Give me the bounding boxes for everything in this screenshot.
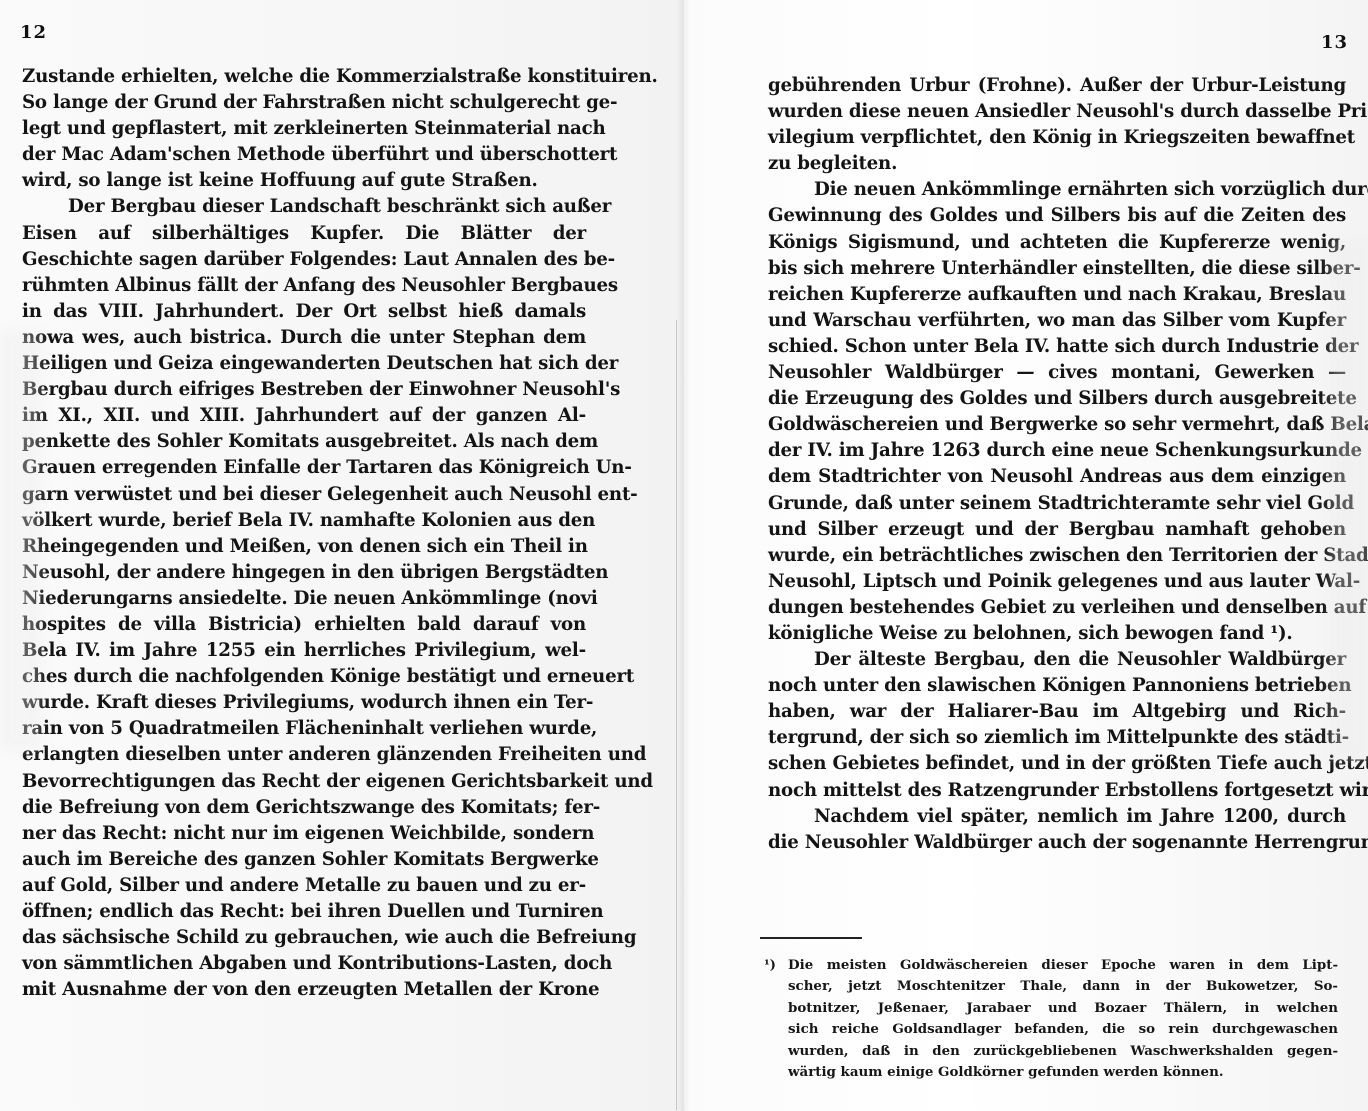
text-line: bis sich mehrere Unterhändler einstellte… <box>768 256 1346 282</box>
text-line: öffnen; endlich das Recht: bei ihren Due… <box>22 899 586 925</box>
text-line: königliche Weise zu belohnen, sich bewog… <box>768 621 1346 647</box>
text-line: dungen bestehendes Gebiet zu verleihen u… <box>768 595 1346 621</box>
footnote-line: sich reiche Goldsandlager befanden, die … <box>788 1019 1338 1040</box>
text-line: noch unter den slawischen Königen Pannon… <box>768 673 1346 699</box>
text-line: Geschichte sagen darüber Folgendes: Laut… <box>22 247 586 273</box>
text-line: wurde. Kraft dieses Privilegiums, wodurc… <box>22 690 586 716</box>
text-line: Rheingegenden und Meißen, von denen sich… <box>22 534 586 560</box>
footnote: ¹) Die meisten Goldwäschereien dieser Ep… <box>788 955 1338 1083</box>
page-number-left: 12 <box>20 22 47 43</box>
page-edge-line <box>676 320 677 1110</box>
text-line: Niederungarns ansiedelte. Die neuen Ankö… <box>22 586 586 612</box>
text-line: hospites de villa Bistricia) erhielten b… <box>22 612 586 638</box>
text-line: wird, so lange ist keine Hoffuung auf gu… <box>22 168 586 194</box>
footnote-line: botnitzer, Jeßenaer, Jarabaer und Bozaer… <box>788 998 1338 1019</box>
text-line: im XI., XII. und XIII. Jahrhundert auf d… <box>22 403 586 429</box>
text-line: auch im Bereiche des ganzen Sohler Komit… <box>22 847 586 873</box>
text-line: die Erzeugung des Goldes und Silbers dur… <box>768 386 1346 412</box>
text-line: dem Stadtrichter von Neusohl Andreas aus… <box>768 464 1346 490</box>
footnote-marker: ¹) <box>764 955 776 976</box>
text-line: zu begleiten. <box>768 151 1346 177</box>
text-line: reichen Kupfererze aufkauften und nach K… <box>768 282 1346 308</box>
text-line: Grauen erregenden Einfalle der Tartaren … <box>22 455 586 481</box>
text-line: penkette des Sohler Komitats ausgebreite… <box>22 429 586 455</box>
text-line: gebührenden Urbur (Frohne). Außer der Ur… <box>768 73 1346 99</box>
text-line: der Mac Adam'schen Methode überführt und… <box>22 142 586 168</box>
text-line: Grunde, daß unter seinem Stadtrichteramt… <box>768 491 1346 517</box>
page-gutter <box>676 0 690 1111</box>
text-line: wurden diese neuen Ansiedler Neusohl's d… <box>768 99 1346 125</box>
text-line: Zustande erhielten, welche die Kommerzia… <box>22 64 586 90</box>
page-number-right: 13 <box>1321 32 1348 53</box>
text-line: und Silber erzeugt und der Bergbau namha… <box>768 517 1346 543</box>
text-line: Bevorrechtigungen das Recht der eigenen … <box>22 769 586 795</box>
footnote-divider <box>760 937 862 939</box>
text-line: mit Ausnahme der von den erzeugten Metal… <box>22 977 586 1003</box>
left-page-body: Zustande erhielten, welche die Kommerzia… <box>22 64 586 1003</box>
text-line: Königs Sigismund, und achteten die Kupfe… <box>768 230 1346 256</box>
text-line: rain von 5 Quadratmeilen Flächeninhalt v… <box>22 716 586 742</box>
text-line: der IV. im Jahre 1263 durch eine neue Sc… <box>768 438 1346 464</box>
text-line: So lange der Grund der Fahrstraßen nicht… <box>22 90 586 116</box>
text-line: tergrund, der sich so ziemlich im Mittel… <box>768 725 1346 751</box>
text-line: und Warschau verführten, wo man das Silb… <box>768 308 1346 334</box>
text-line: Bergbau durch eifriges Bestreben der Ein… <box>22 377 586 403</box>
text-line: von sämmtlichen Abgaben und Kontribution… <box>22 951 586 977</box>
footnote-body: Die meisten Goldwäschereien dieser Epoch… <box>788 955 1338 1083</box>
text-line: Neusohler Waldbürger — cives montani, Ge… <box>768 360 1346 386</box>
text-line: vilegium verpflichtet, den König in Krie… <box>768 125 1346 151</box>
text-line: Eisen auf silberhältiges Kupfer. Die Blä… <box>22 221 586 247</box>
text-line: erlangten dieselben unter anderen glänze… <box>22 742 586 768</box>
text-line: Neusohl, der andere hingegen in den übri… <box>22 560 586 586</box>
book-spread: 12 Zustande erhielten, welche die Kommer… <box>0 0 1368 1111</box>
text-line: rühmten Albinus fällt der Anfang des Neu… <box>22 273 586 299</box>
text-line: schied. Schon unter Bela IV. hatte sich … <box>768 334 1346 360</box>
text-line: die Befreiung von dem Gerichtszwange des… <box>22 795 586 821</box>
text-line: noch mittelst des Ratzengrunder Erbstoll… <box>768 778 1346 804</box>
right-page-body: gebührenden Urbur (Frohne). Außer der Ur… <box>768 73 1346 856</box>
right-page: 13 gebührenden Urbur (Frohne). Außer der… <box>684 0 1368 1111</box>
text-line: ches durch die nachfolgenden Könige best… <box>22 664 586 690</box>
text-line: schen Gebietes befindet, und in der größ… <box>768 751 1346 777</box>
text-line: nowa wes, auch bistrica. Durch die unter… <box>22 325 586 351</box>
text-line: Die neuen Ankömmlinge ernährten sich vor… <box>768 177 1346 203</box>
text-line: Der Bergbau dieser Landschaft beschränkt… <box>22 194 586 220</box>
text-line: garn verwüstet und bei dieser Gelegenhei… <box>22 482 586 508</box>
text-line: auf Gold, Silber und andere Metalle zu b… <box>22 873 586 899</box>
text-line: Nachdem viel später, nemlich im Jahre 12… <box>768 804 1346 830</box>
text-line: ner das Recht: nicht nur im eigenen Weic… <box>22 821 586 847</box>
footnote-line: scher, jetzt Moschtenitzer Thale, dann i… <box>788 976 1338 997</box>
footnote-line: Die meisten Goldwäschereien dieser Epoch… <box>788 955 1338 976</box>
text-line: Goldwäschereien und Bergwerke so sehr ve… <box>768 412 1346 438</box>
text-line: Neusohl, Liptsch und Poinik gelegenes un… <box>768 569 1346 595</box>
text-line: das sächsische Schild zu gebrauchen, wie… <box>22 925 586 951</box>
left-page: 12 Zustande erhielten, welche die Kommer… <box>0 0 684 1111</box>
text-line: die Neusohler Waldbürger auch der sogena… <box>768 830 1346 856</box>
text-line: Der älteste Bergbau, den die Neusohler W… <box>768 647 1346 673</box>
text-line: haben, war der Haliarer-Bau im Altgebirg… <box>768 699 1346 725</box>
footnote-line: wurden, daß in den zurückgebliebenen Was… <box>788 1041 1338 1062</box>
text-line: legt und gepflastert, mit zerkleinerten … <box>22 116 586 142</box>
text-line: Heiligen und Geiza eingewanderten Deutsc… <box>22 351 586 377</box>
text-line: wurde, ein beträchtliches zwischen den T… <box>768 543 1346 569</box>
text-line: völkert wurde, berief Bela IV. namhafte … <box>22 508 586 534</box>
text-line: in das VIII. Jahrhundert. Der Ort selbst… <box>22 299 586 325</box>
footnote-line: wärtig kaum einige Goldkörner gefunden w… <box>788 1062 1338 1083</box>
text-line: Bela IV. im Jahre 1255 ein herrliches Pr… <box>22 638 586 664</box>
text-line: Gewinnung des Goldes und Silbers bis auf… <box>768 203 1346 229</box>
